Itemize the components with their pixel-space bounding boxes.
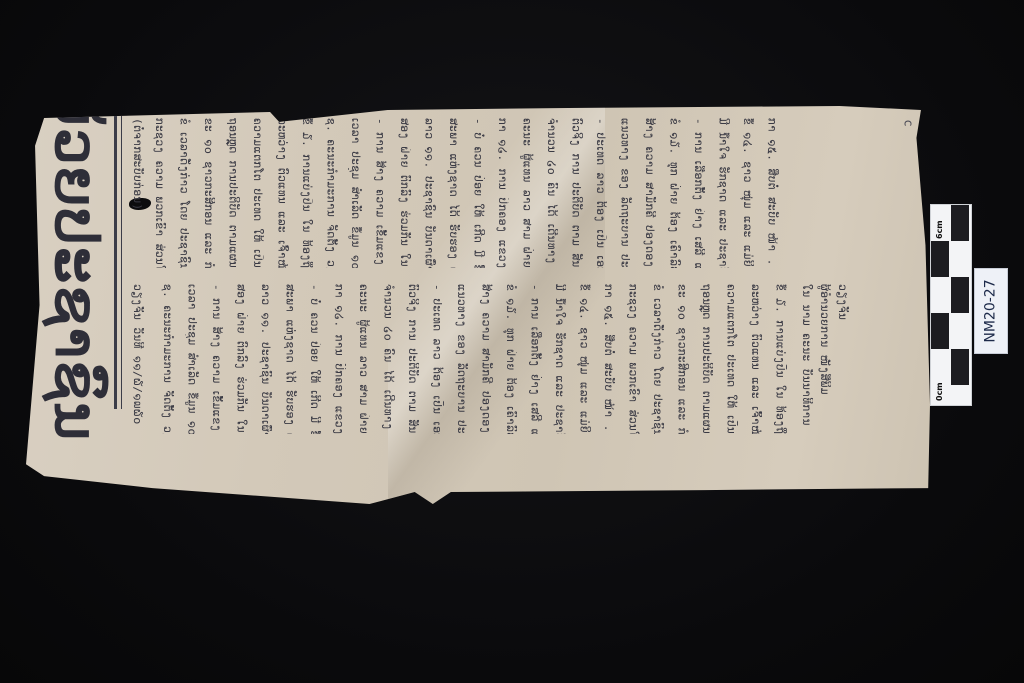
scale-label-6cm: 6cm: [935, 220, 944, 239]
text-line: ຄະນະ ຜູ້ແທນ ລາວ ສາມ ຝ່າຍ ໄ: [520, 118, 534, 268]
scale-label-0cm: 0cm: [935, 382, 944, 401]
text-line: ສ້າງ ຄວາມ ສາມັກຄີ ປອງດອງ ກັນ: [642, 118, 656, 268]
footer-line: ໃນ ນາມ ຄະນະ ບັນນາທິການ: [799, 284, 813, 434]
text-line: ຄວາມແຕກໂຕ ປະເທດ ໃຫ້ ເປັນ: [250, 118, 264, 268]
text-line: - ການ ສ້າງ ຄວາມ ເຂັ້ມແຂງ ແລະ: [209, 284, 223, 434]
text-line: ລະຫວ່າງ ຕົວແທນ ແລະ ເຈົ້າໜ້າທີ່: [748, 284, 762, 434]
document-sheet: ບ້ວຍປະຊາຊົນ (ຕໍ່ຈາກສະບັບກ່ອນ) ວຽງຈັນ ວັນ…: [26, 106, 930, 504]
text-line: ແນວທາງ ຂອງ ລັດຖະບານ ປະສົມ ໃນ: [618, 118, 632, 268]
text-line: ກະຊວງ ຄວາມ ພວກເຂົາ ສ່ວນໃຫຍ່ ປະ: [152, 118, 166, 268]
page-marker: c: [901, 119, 915, 126]
text-line: ຕົວຈິງ ການ ປະຕິບັດ ຕາມ ສັນຍາ: [569, 118, 583, 268]
dateline: ວຽງຈັນ ວັນທີ ໑໑/໖/໑໙໖໐: [130, 284, 144, 424]
text-line: ກາ ໑໒. ການ ປົກຄອງ ແຂວງ ເມືອງ: [495, 118, 509, 268]
scale-square: [931, 313, 949, 349]
text-line: ກະຊວງ ຄວາມ ພວກເຂົາ ສ່ວນໃຫຍ່ ປະ: [626, 284, 640, 434]
specimen-tag: NM20-27: [974, 268, 1008, 354]
text-line: ສ້າງ ຄວາມ ສາມັກຄີ ປອງດອງ ກັນ: [479, 284, 493, 434]
text-line: ຂະ ໑໐ ຊາວກະສິກອນ ແລະ ກຳມະກອນ: [675, 284, 689, 434]
masthead-rule: [114, 114, 122, 409]
text-line: - ປະເທດ ລາວ ຕ້ອງ ເປັນ ເອກະລາດ: [593, 118, 607, 268]
text-line: ມີ ນ້ຳໃຈ ຮັກຊາດ ແລະ ປະຊາທິປະໄຕ: [552, 284, 566, 434]
text-line: ຂໍ້ ໑໔. ຊາວ ໜຸ່ມ ແລະ ແມ່ຍິງ ລາວ: [740, 118, 754, 268]
text-line: - ປະເທດ ລາວ ຕ້ອງ ເປັນ ເອກະລາດ: [430, 284, 444, 434]
text-line: ເວລາ ປະຊຸມ ສຳເລັດ ຂໍ້ມູນ ໑໐ ກ: [185, 284, 199, 434]
scale-square: [931, 277, 949, 313]
text-line: ກາ ໑໕. ສືບຕໍ່ ສະບັບ ໜ້າ ...: [601, 284, 615, 434]
text-line: ຄະນະ ຜູ້ແທນ ລາວ ສາມ ຝ່າຍ ໄ: [356, 284, 370, 434]
header-note: (ຕໍ່ຈາກສະບັບກ່ອນ): [130, 118, 144, 268]
text-line: ແນວທາງ ຂອງ ລັດຖະບານ ປະສົມ ໃນ: [454, 284, 468, 434]
scale-square: [951, 277, 969, 313]
scale-square: [951, 205, 969, 241]
scale-square: [951, 313, 969, 349]
text-line: ຂໍ ເວລາດັ່ງກ່າວ ໂດຍ ປະຊາຊົນ ຖື: [650, 284, 664, 434]
text-line: ຖອນຫຼຸດ ການປະຕິບັດ ຕາມແຜນການ: [226, 118, 240, 268]
text-line: - ການ ເລືອກຕັ້ງ ຢ່າງ ເສລີ ແລະ: [528, 284, 542, 434]
text-line: ສອງ ຝ່າຍ ຕົກລົງ ຮ່ວມກັນ ໃນ ໂ: [397, 118, 411, 268]
text-line: ຂໍ ໑໓. ທຸກ ຝ່າຍ ຕ້ອງ ເຄົາລົບ: [667, 118, 681, 268]
text-line: ຂໍ້ ໓. ການແບ່ງປັນ ໃນ ທ້ອງຖິ່ນ: [299, 118, 313, 268]
text-line: ເວລາ ປະຊຸມ ສຳເລັດ ຂໍ້ມູນ ໑໐ ກ: [348, 118, 362, 268]
text-columns: (ຕໍ່ຈາກສະບັບກ່ອນ) ວຽງຈັນ ວັນທີ ໑໑/໖/໑໙໖໐…: [126, 114, 904, 462]
text-line: ຂໍ ເວລາດັ່ງກ່າວ ໂດຍ ປະຊາຊົນ ຖື: [177, 118, 191, 268]
text-line: ກາ ໑໒. ການ ປົກຄອງ ແຂວງ ເມືອງ: [332, 284, 346, 434]
footer-line: ຜູ້ອຳນວຍການ ໜັງສືພິມ: [817, 284, 831, 434]
text-line: ມີ ນ້ຳໃຈ ຮັກຊາດ ແລະ ປະຊາທິປະໄຕ: [716, 118, 730, 268]
text-line: ສະພາ ແຫ່ງຊາດ ໄດ້ ຮັບຮອງ ເອົາ: [283, 284, 297, 434]
footer-line: ວຽງຈັນ: [835, 284, 849, 434]
text-line: ສອງ ຝ່າຍ ຕົກລົງ ຮ່ວມກັນ ໃນ ໂ: [234, 284, 248, 434]
masthead: ບ້ວຍປະຊາຊົນ: [38, 116, 114, 416]
text-line: ຊ. ຄະນະກຳມະການ ຈັດຕັ້ງ ວຽກງານ: [324, 118, 338, 268]
text-line: ຂໍ ໑໓. ທຸກ ຝ່າຍ ຕ້ອງ ເຄົາລົບ: [503, 284, 517, 434]
scale-square: [931, 241, 949, 277]
text-line: ສະພາ ແຫ່ງຊາດ ໄດ້ ຮັບຮອງ ເອົາ: [446, 118, 460, 268]
text-line: ຖອນຫຼຸດ ການປະຕິບັດ ຕາມແຜນການ: [699, 284, 713, 434]
scale-square: [951, 349, 969, 385]
text-line: ກາ ໑໕. ສືບຕໍ່ ສະບັບ ໜ້າ ...: [765, 118, 779, 268]
text-line: ຄວາມແຕກໂຕ ປະເທດ ໃຫ້ ເປັນ: [724, 284, 738, 434]
text-line: ຕົວຈິງ ການ ປະຕິບັດ ຕາມ ສັນຍາ: [405, 284, 419, 434]
masthead-title: ບ້ວຍປະຊາຊົນ: [42, 90, 110, 443]
text-line: - ບໍ່ ຄວນ ປ່ອຍ ໃຫ້ ເກີດ ມີ ຂຶ້ນ: [471, 118, 485, 268]
text-line: ຊ. ຄະນະກຳມະການ ຈັດຕັ້ງ ວຽກງານ: [160, 284, 174, 434]
specimen-id: NM20-27: [983, 279, 999, 342]
text-line: ຈຳນວນ ໒໐ ຄົນ ໄດ້ ເດີນທາງ ໄປ: [381, 284, 395, 434]
text-line: ຂໍ້ ໓. ການແບ່ງປັນ ໃນ ທ້ອງຖິ່ນ: [773, 284, 787, 434]
text-line: - ການ ສ້າງ ຄວາມ ເຂັ້ມແຂງ ແລະ: [373, 118, 387, 268]
text-line: ລາວ ໑໑. ປະຊາຊົນ ບັນດາເຜົ່າ ທົ່ວ: [422, 118, 436, 268]
text-line: ຈຳນວນ ໒໐ ຄົນ ໄດ້ ເດີນທາງ ໄປ: [544, 118, 558, 268]
text-line: - ການ ເລືອກຕັ້ງ ຢ່າງ ເສລີ ແລະ: [691, 118, 705, 268]
scale-square: [931, 349, 949, 385]
text-line: ຂໍ້ ໑໔. ຊາວ ໜຸ່ມ ແລະ ແມ່ຍິງ ລາວ: [577, 284, 591, 434]
text-line: ຂະ ໑໐ ຊາວກະສິກອນ ແລະ ກຳມະກອນ: [201, 118, 215, 268]
text-line: ລາວ ໑໑. ປະຊາຊົນ ບັນດາເຜົ່າ ທົ່ວ: [258, 284, 272, 434]
scale-square: [951, 241, 969, 277]
scale-bar: 6cm 0cm: [930, 204, 972, 406]
text-line: - ບໍ່ ຄວນ ປ່ອຍ ໃຫ້ ເກີດ ມີ ຂຶ້ນ: [307, 284, 321, 434]
text-line: ລະຫວ່າງ ຕົວແທນ ແລະ ເຈົ້າໜ້າທີ່: [275, 118, 289, 268]
